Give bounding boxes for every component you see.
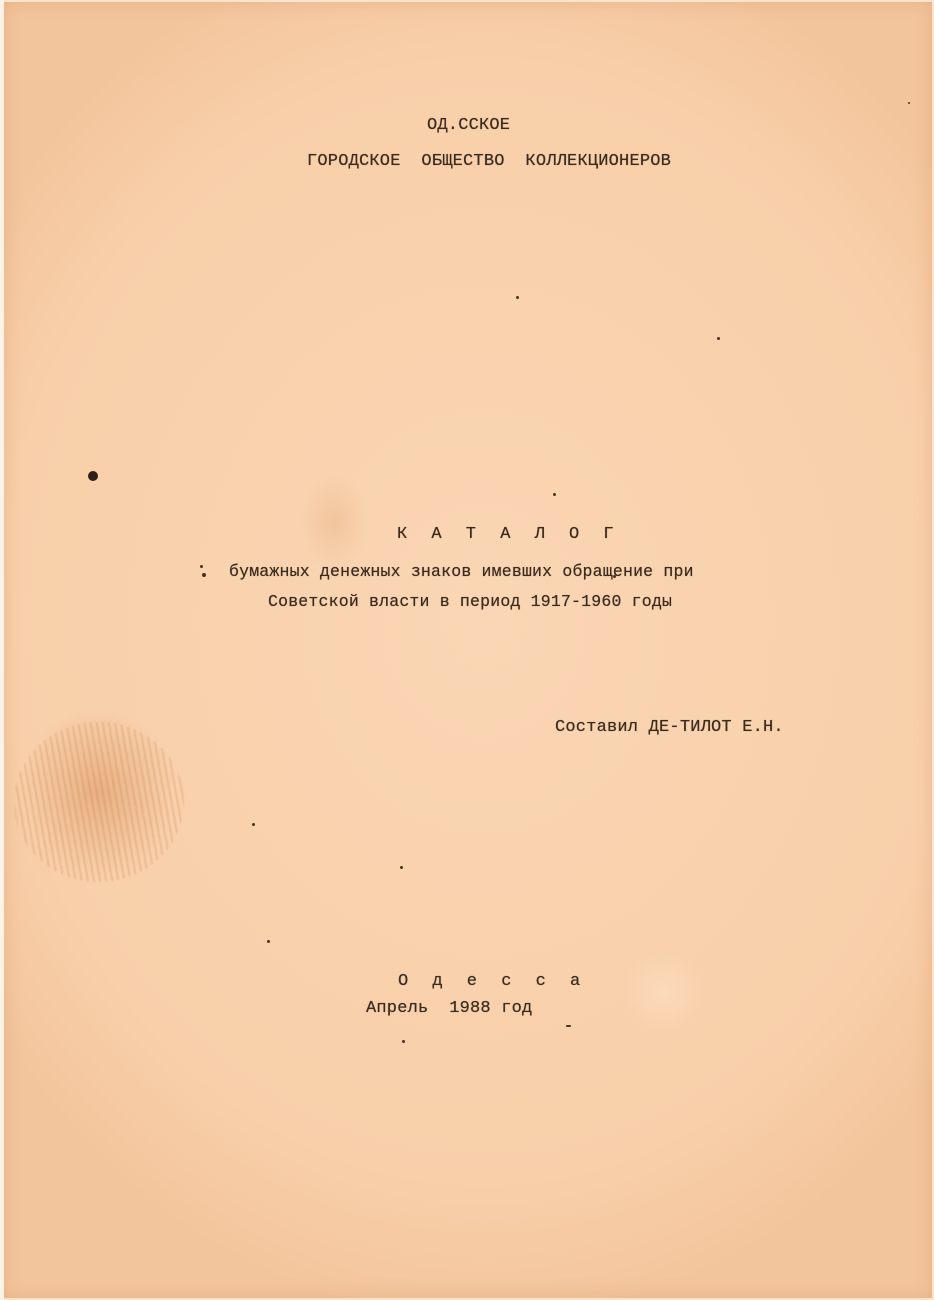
organization-line-1: ОД.ССКОЕ xyxy=(427,116,510,135)
document-title: К А Т А Л О Г xyxy=(397,525,621,544)
dust-speck xyxy=(202,573,206,577)
dust-speck xyxy=(252,823,255,826)
dust-speck xyxy=(908,102,910,104)
dust-speck xyxy=(402,1040,405,1043)
fingerprint-stain xyxy=(14,722,184,882)
organization-line-2: ГОРОДСКОЕ ОБЩЕСТВО КОЛЛЕКЦИОНЕРОВ xyxy=(307,152,671,171)
dust-speck xyxy=(717,337,720,340)
binding-hole-mark xyxy=(88,471,98,481)
dust-speck xyxy=(613,575,616,578)
dust-speck xyxy=(566,1025,571,1027)
document-page xyxy=(4,2,932,1298)
dust-speck xyxy=(553,493,556,496)
author-line: Составил ДЕ-ТИЛОТ Е.Н. xyxy=(555,718,784,737)
dust-speck xyxy=(200,565,203,568)
dust-speck xyxy=(267,940,270,943)
document-subtitle-line-2: Советской власти в период 1917-1960 годы xyxy=(268,592,672,611)
dust-speck xyxy=(400,866,403,869)
publication-date: Апрель 1988 год xyxy=(366,999,532,1018)
dust-speck xyxy=(516,296,519,299)
publication-city: О д е с с а xyxy=(398,972,587,991)
document-subtitle-line-1: бумажных денежных знаков имевших обращен… xyxy=(229,562,694,581)
